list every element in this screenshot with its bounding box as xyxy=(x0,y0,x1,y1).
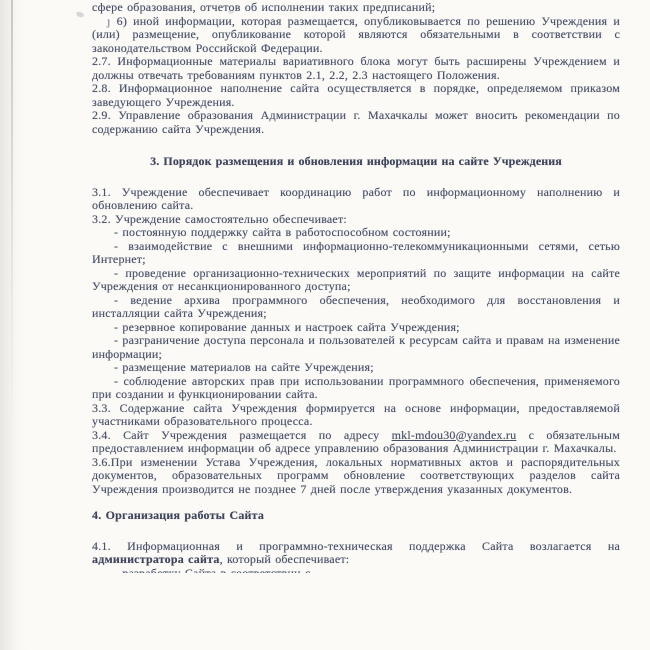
text-run: 6) иной информации, которая размещается,… xyxy=(92,14,620,55)
para-3-3: 3.3. Содержание сайта Учреждения формиру… xyxy=(92,402,620,429)
list-item-archive: - ведение архива программного обеспечени… xyxy=(92,294,620,321)
text-run: - ведение архива программного обеспечени… xyxy=(92,293,620,321)
text-run: сфере образования, отчетов об исполнении… xyxy=(92,0,435,14)
text-run: - размещение материалов на сайте Учрежде… xyxy=(114,360,374,374)
site-admin-bold: администратора сайта xyxy=(92,552,220,566)
list-item-placement: - размещение материалов на сайте Учрежде… xyxy=(92,361,620,375)
para-3-1: 3.1. Учреждение обеспечивает координацию… xyxy=(92,186,620,213)
list-item-access: - разграничение доступа персонала и поль… xyxy=(92,334,620,361)
para-3-6: 3.6.При изменении Устава Учреждения, лок… xyxy=(92,456,620,497)
scan-smudge xyxy=(75,11,84,18)
list-item-copyright: - соблюдение авторских прав при использо… xyxy=(92,375,620,402)
text-run: 4.1. Информационная и программно-техниче… xyxy=(92,539,620,553)
text-run: 2.9. Управление образования Администраци… xyxy=(92,108,620,136)
scanned-document-page: сфере образования, отчетов об исполнении… xyxy=(0,0,650,650)
para-2-9: 2.9. Управление образования Администраци… xyxy=(92,109,620,136)
text-run: 4. Организация работы Сайта xyxy=(92,508,264,522)
section-3-heading: 3. Порядок размещения и обновления инфор… xyxy=(92,155,620,169)
text-run: - соблюдение авторских прав при использо… xyxy=(92,374,620,402)
para-3-4: 3.4. Сайт Учреждения размещается по адре… xyxy=(92,429,620,456)
para-3-2: 3.2. Учреждение самостоятельно обеспечив… xyxy=(92,213,620,227)
scan-edge-line xyxy=(11,0,13,430)
list-item-security: - проведение организационно-технических … xyxy=(92,267,620,294)
para-6-other-info: ȷ 6) иной информации, которая размещаетс… xyxy=(92,15,620,56)
list-item-backup: - резервное копирование данных и настрое… xyxy=(92,321,620,335)
text-run: - разграничение доступа персонала и поль… xyxy=(92,333,620,361)
para-continuation: сфере образования, отчетов об исполнении… xyxy=(92,1,620,15)
text-run: 3.1. Учреждение обеспечивает координацию… xyxy=(92,185,620,213)
text-run: 3.2. Учреждение самостоятельно обеспечив… xyxy=(92,212,347,226)
text-run: 2.7. Информационные материалы вариативно… xyxy=(92,54,620,82)
text-run: 2.8. Информационное наполнение сайта осу… xyxy=(92,81,620,109)
text-run: - взаимодействие с внешними информационн… xyxy=(92,239,620,267)
text-run: - разработку Сайта в соответствии с xyxy=(114,567,311,573)
text-run: , который обеспечивает: xyxy=(220,552,350,566)
list-item-networks: - взаимодействие с внешними информационн… xyxy=(92,240,620,267)
para-partial-bottom: - разработку Сайта в соответствии с xyxy=(92,567,620,573)
text-run: 3. Порядок размещения и обновления инфор… xyxy=(150,154,562,168)
pen-mark-artifact: ȷ xyxy=(107,14,117,28)
para-4-1: 4.1. Информационная и программно-техниче… xyxy=(92,540,620,567)
para-2-7: 2.7. Информационные материалы вариативно… xyxy=(92,55,620,82)
text-run: 3.4. Сайт Учреждения размещается по адре… xyxy=(92,428,392,442)
list-item-support: - постоянную поддержку сайта в работоспо… xyxy=(92,226,620,240)
text-run: - резервное копирование данных и настрое… xyxy=(114,320,460,334)
email-link[interactable]: mkl-mdou30@yandex.ru xyxy=(392,428,517,442)
text-run: - постоянную поддержку сайта в работоспо… xyxy=(114,225,451,239)
scan-edge-shadow xyxy=(0,0,28,650)
text-run: - проведение организационно-технических … xyxy=(92,266,620,294)
text-run: 3.6.При изменении Устава Учреждения, лок… xyxy=(92,455,620,496)
section-4-heading: 4. Организация работы Сайта xyxy=(92,509,620,523)
para-2-8: 2.8. Информационное наполнение сайта осу… xyxy=(92,82,620,109)
text-run: 3.3. Содержание сайта Учреждения формиру… xyxy=(92,401,620,429)
document-body: сфере образования, отчетов об исполнении… xyxy=(92,1,620,573)
